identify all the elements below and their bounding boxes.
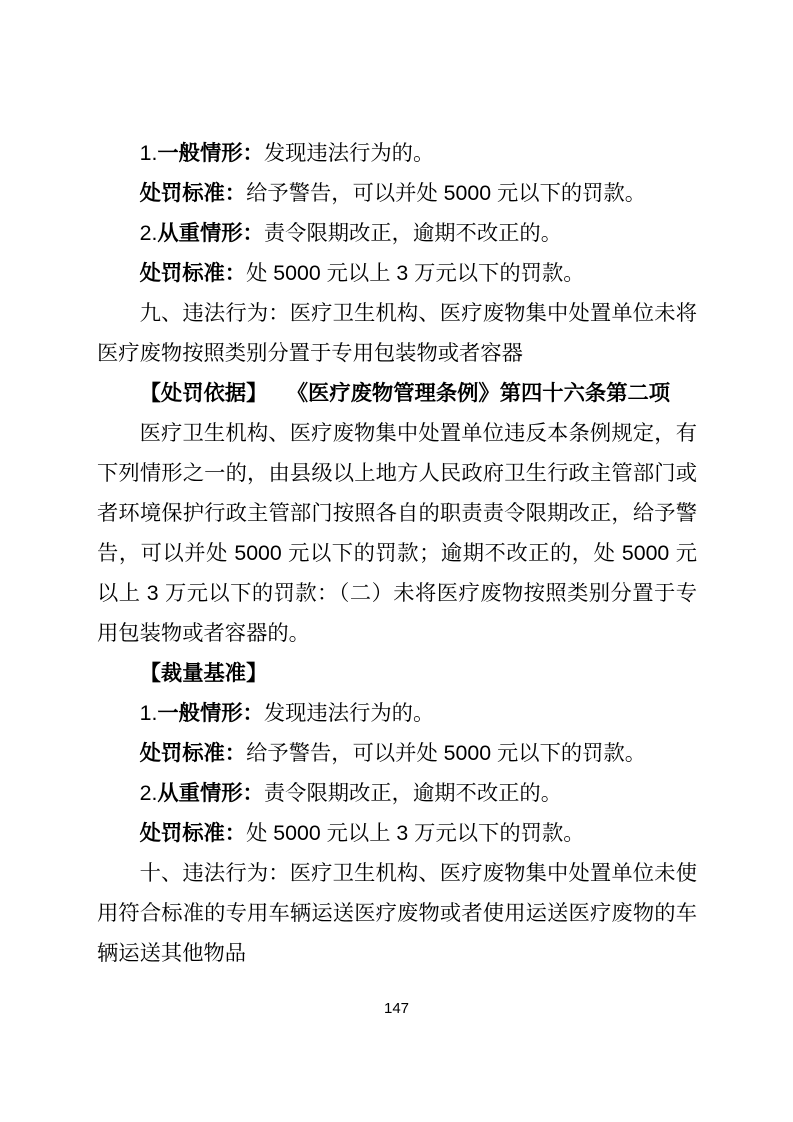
paragraph-penalty-basis-text: 医疗卫生机构、医疗废物集中处置单位违反本条例规定，有下列情形之一的，由县级以上地… [97, 413, 697, 653]
penalty-basis-body: 医疗卫生机构、医疗废物集中处置单位违反本条例规定，有下列情形之一的，由县级以上地… [97, 421, 697, 645]
clause-text: 处 5000 元以上 3 万元以下的罚款。 [246, 821, 584, 845]
document-body: 1.一般情形：发现违法行为的。 处罚标准：给予警告，可以并处 5000 元以下的… [97, 133, 697, 973]
paragraph-clause1-general: 1.一般情形：发现违法行为的。 [97, 133, 697, 173]
benchmark-heading-label: 【裁量基准】 [140, 661, 268, 685]
clause-number: 1. [140, 141, 158, 165]
clause-label: 从重情形： [157, 221, 264, 245]
paragraph-benchmark9-aggravated: 2.从重情形：责令限期改正，逾期不改正的。 [97, 773, 697, 813]
clause-number: 2. [140, 221, 158, 245]
violation-text: 九、违法行为：医疗卫生机构、医疗废物集中处置单位未将医疗废物按照类别分置于专用包… [97, 301, 697, 365]
page-number: 147 [0, 1000, 793, 1018]
clause-text: 给予警告，可以并处 5000 元以下的罚款。 [246, 181, 646, 205]
clause-number: 1. [140, 701, 158, 725]
clause-number: 2. [140, 781, 158, 805]
paragraph-penalty-basis-heading: 【处罚依据】《医疗废物管理条例》第四十六条第二项 [97, 373, 697, 413]
document-page: 1.一般情形：发现违法行为的。 处罚标准：给予警告，可以并处 5000 元以下的… [0, 0, 793, 1122]
paragraph-benchmark-heading: 【裁量基准】 [97, 653, 697, 693]
clause-text: 给予警告，可以并处 5000 元以下的罚款。 [246, 741, 646, 765]
clause-label: 处罚标准： [140, 741, 247, 765]
clause-text: 发现违法行为的。 [264, 701, 434, 725]
violation-text: 十、违法行为：医疗卫生机构、医疗废物集中处置单位未使用符合标准的专用车辆运送医疗… [97, 861, 697, 965]
clause-text: 处 5000 元以上 3 万元以下的罚款。 [246, 261, 584, 285]
paragraph-violation-10: 十、违法行为：医疗卫生机构、医疗废物集中处置单位未使用符合标准的专用车辆运送医疗… [97, 853, 697, 973]
penalty-basis-label: 【处罚依据】 [140, 381, 268, 405]
paragraph-benchmark9-general: 1.一般情形：发现违法行为的。 [97, 693, 697, 733]
clause-label: 处罚标准： [140, 261, 247, 285]
paragraph-clause1-standard: 处罚标准：给予警告，可以并处 5000 元以下的罚款。 [97, 173, 697, 213]
paragraph-violation-9: 九、违法行为：医疗卫生机构、医疗废物集中处置单位未将医疗废物按照类别分置于专用包… [97, 293, 697, 373]
clause-text: 责令限期改正，逾期不改正的。 [264, 781, 562, 805]
clause-text: 发现违法行为的。 [264, 141, 434, 165]
penalty-basis-source: 《医疗废物管理条例》第四十六条第二项 [297, 381, 670, 405]
paragraph-clause2-aggravated: 2.从重情形：责令限期改正，逾期不改正的。 [97, 213, 697, 253]
clause-text: 责令限期改正，逾期不改正的。 [264, 221, 562, 245]
clause-label: 处罚标准： [140, 181, 247, 205]
clause-label: 一般情形： [157, 701, 264, 725]
clause-label: 一般情形： [157, 141, 264, 165]
paragraph-clause2-standard: 处罚标准：处 5000 元以上 3 万元以下的罚款。 [97, 253, 697, 293]
paragraph-benchmark9-general-standard: 处罚标准：给予警告，可以并处 5000 元以下的罚款。 [97, 733, 697, 773]
clause-label: 处罚标准： [140, 821, 247, 845]
paragraph-benchmark9-aggravated-standard: 处罚标准：处 5000 元以上 3 万元以下的罚款。 [97, 813, 697, 853]
clause-label: 从重情形： [157, 781, 264, 805]
